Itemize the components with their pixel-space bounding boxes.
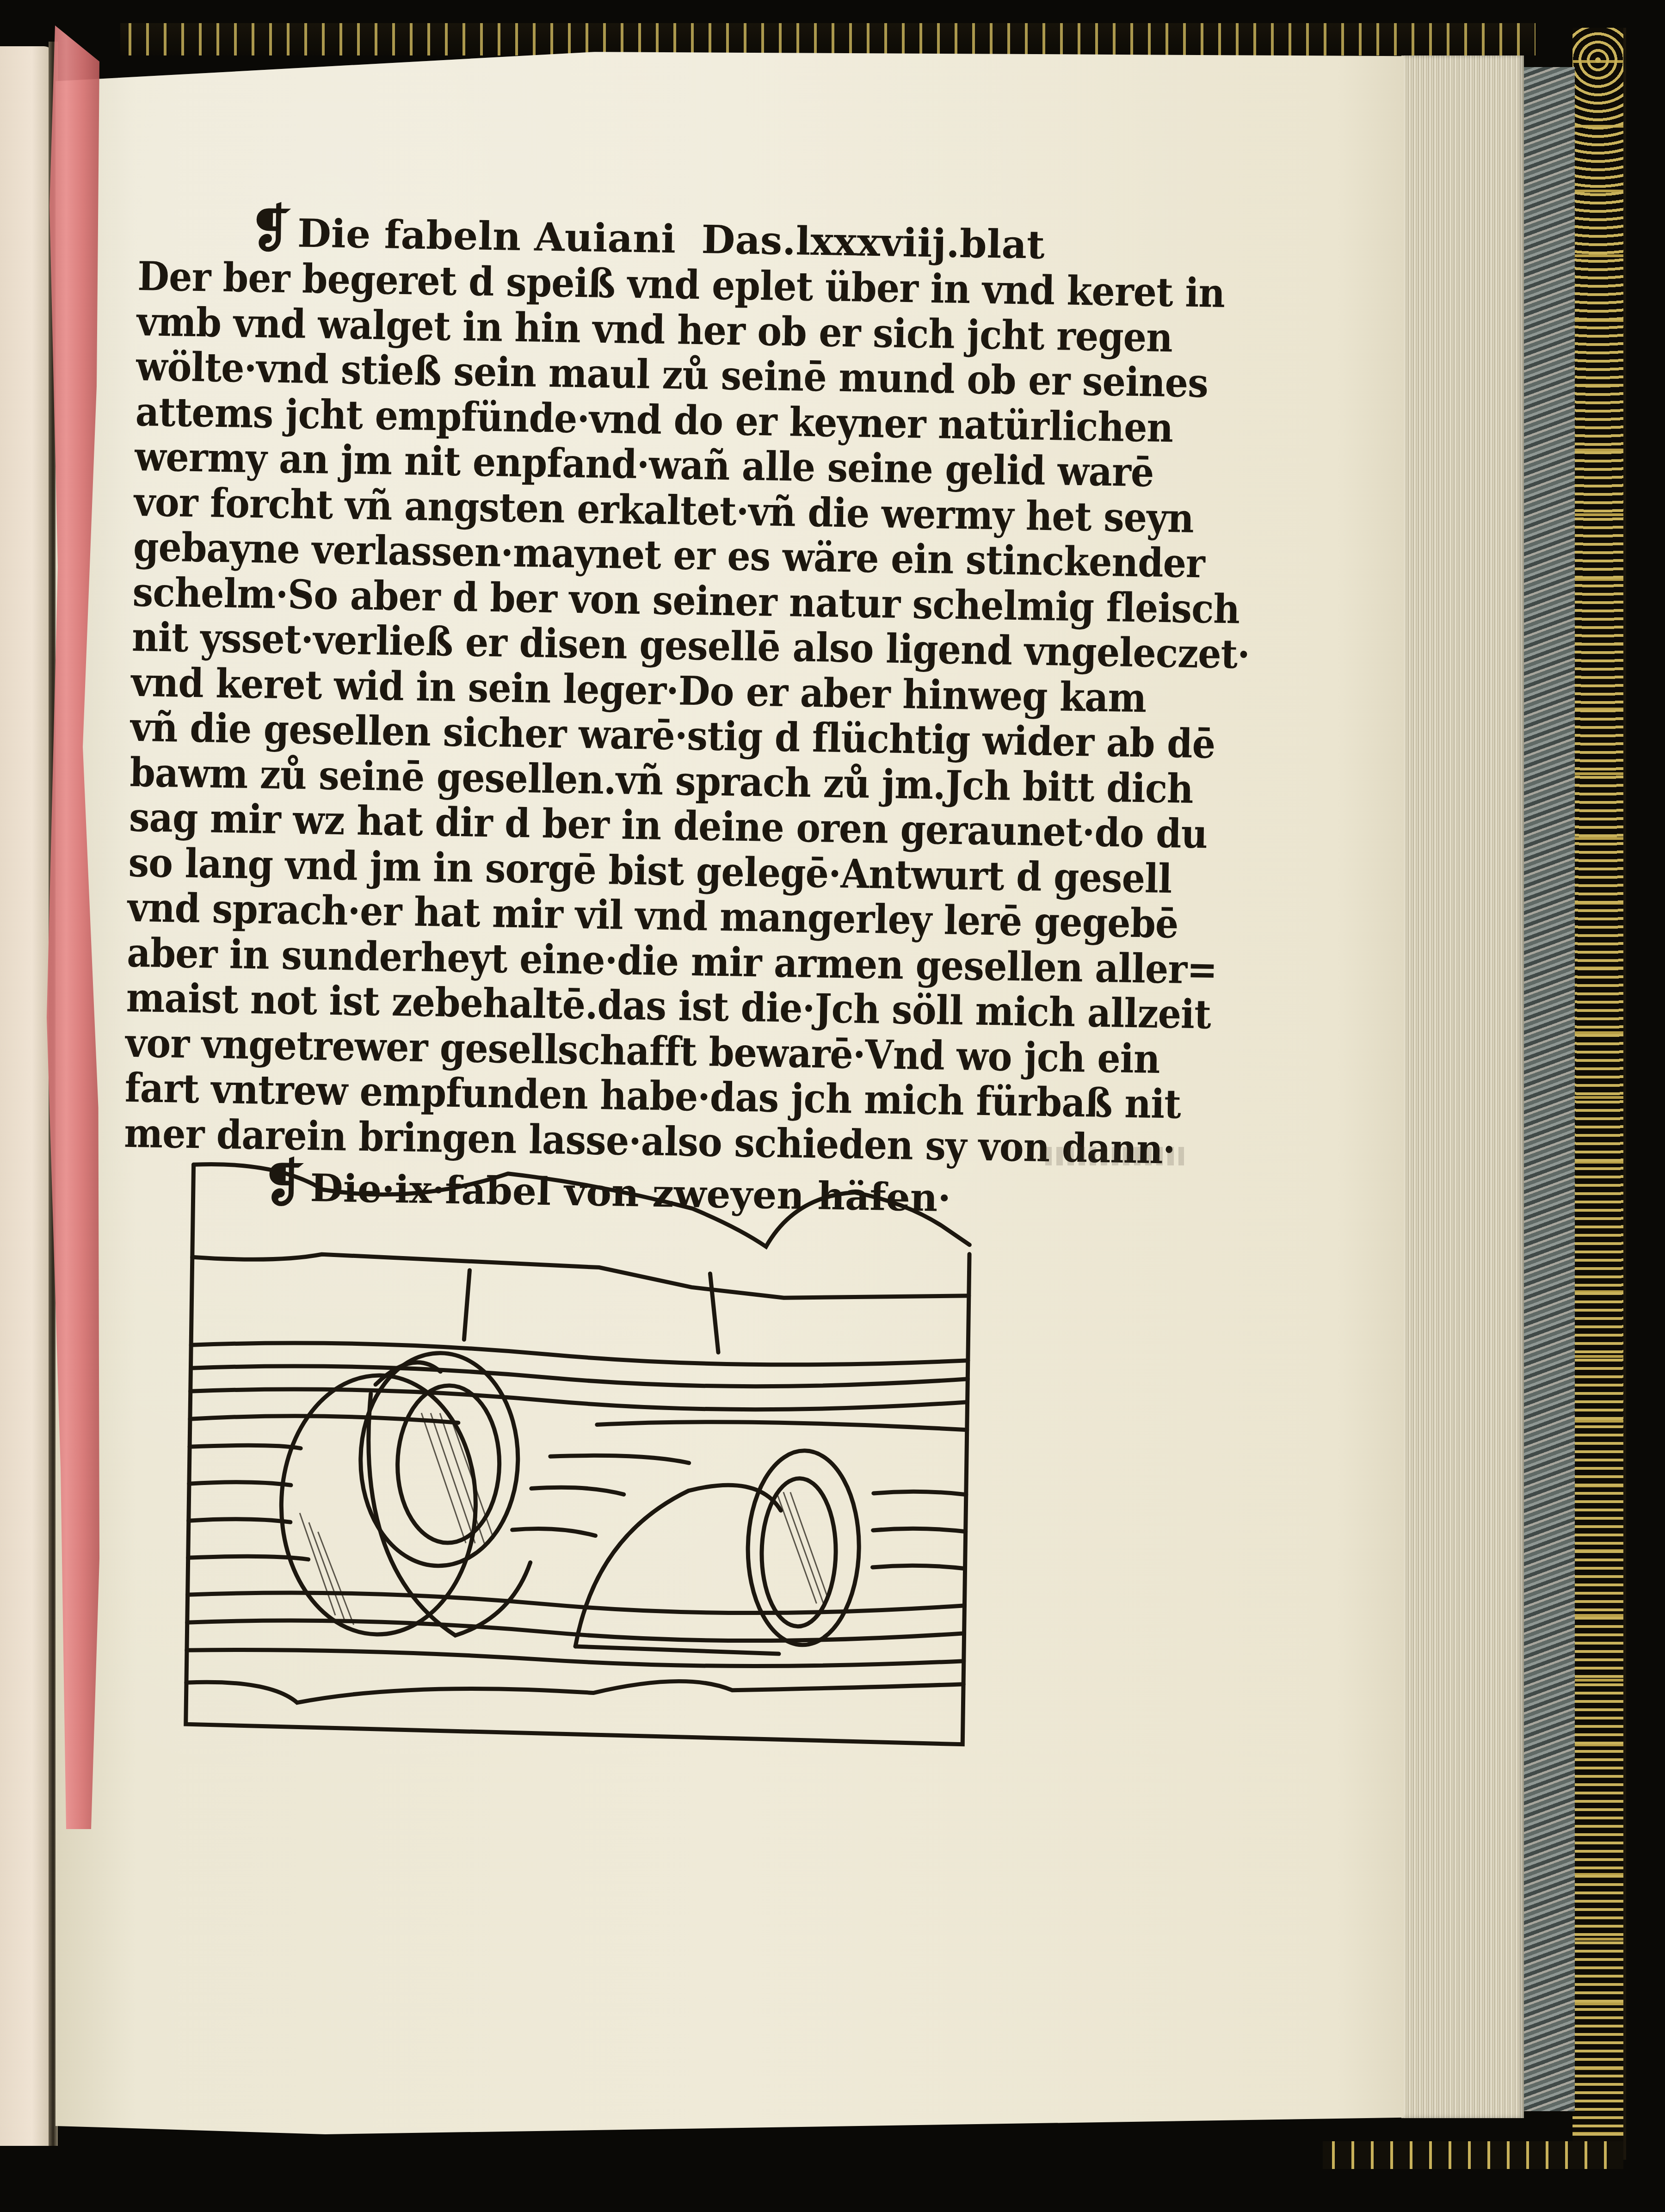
show-through-text — [1045, 1147, 1184, 1165]
woodcut-two-pots — [176, 1151, 980, 1754]
gilt-border-top — [120, 23, 1535, 55]
marbled-endpaper — [1524, 67, 1575, 2111]
woodcut-illustration-icon — [176, 1151, 980, 1754]
pilcrow-icon: ❡ — [249, 198, 292, 259]
page-fore-edge — [1401, 55, 1524, 2118]
fable-text: Der ber begeret d speiß vnd eplet über i… — [124, 254, 1063, 1170]
folio-number: Das.lxxxviij.blat — [701, 216, 1045, 268]
gilt-border-bottom — [1323, 2141, 1623, 2169]
gilt-border-right — [1572, 28, 1626, 2160]
previous-page-edge — [0, 46, 53, 2146]
running-head-left: ❡Die fabeln Auiani — [249, 205, 676, 262]
printed-text-block: ❡Die fabeln Auiani Das.lxxxviij.blat Der… — [123, 203, 1064, 1223]
book-scan: ❡Die fabeln Auiani Das.lxxxviij.blat Der… — [0, 0, 1665, 2212]
